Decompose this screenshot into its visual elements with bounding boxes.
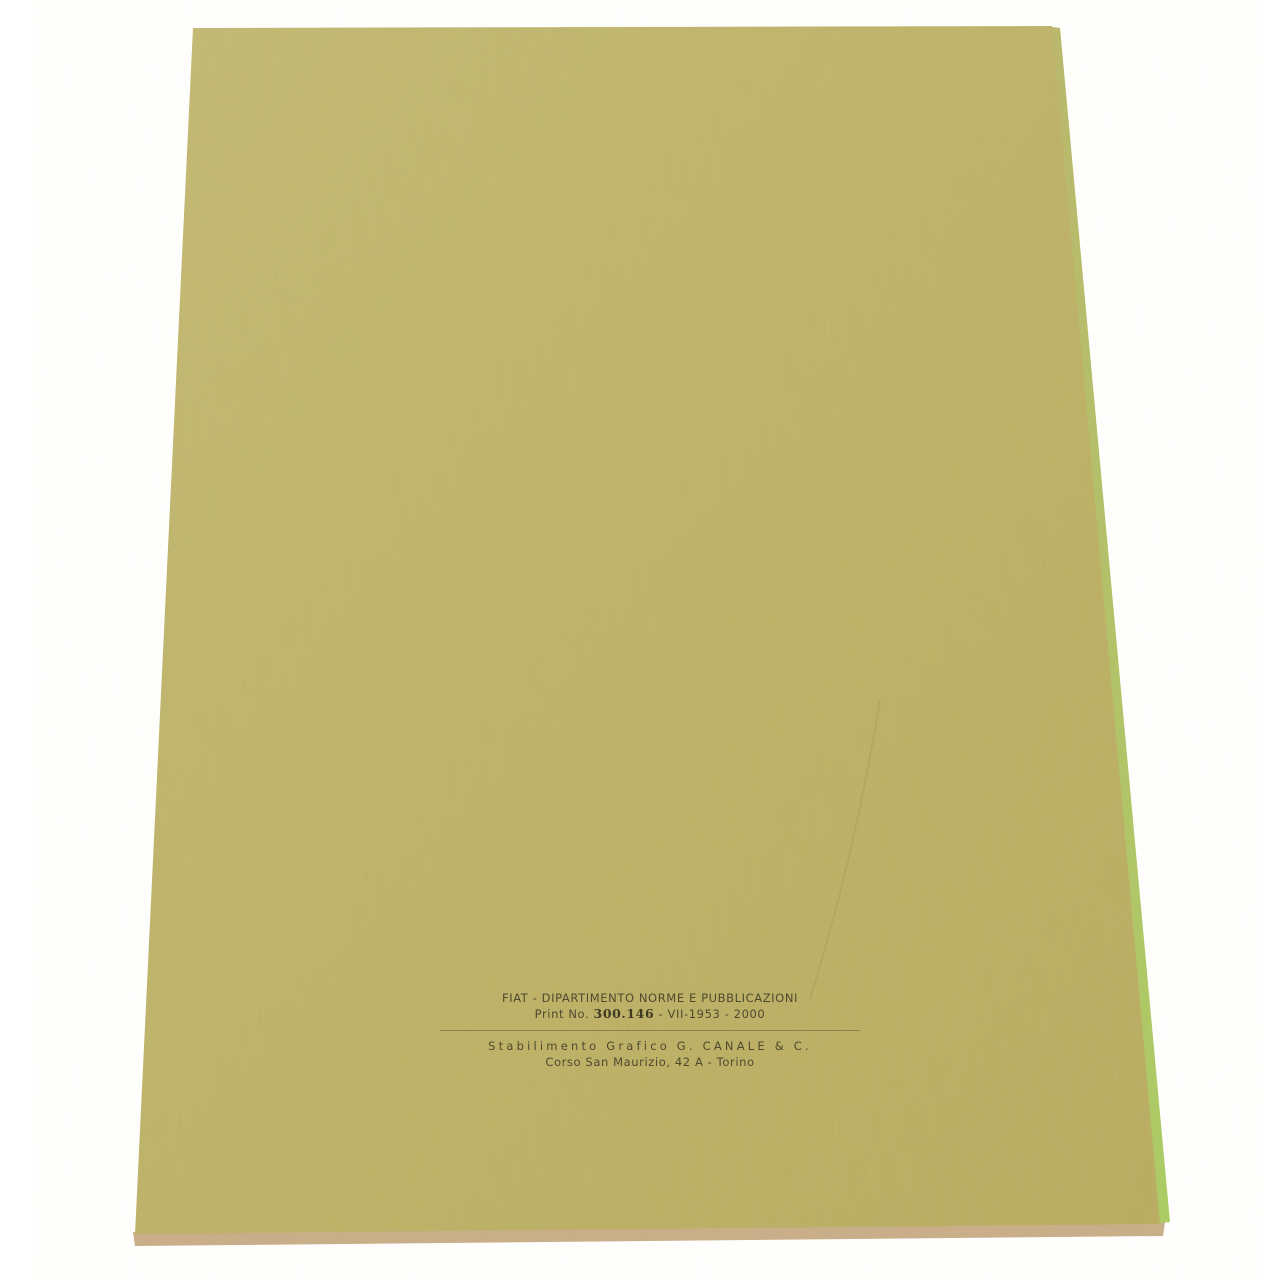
booklet-back-cover bbox=[0, 0, 1280, 1280]
print-label: Print No. bbox=[535, 1007, 590, 1021]
print-date: - VII-1953 - 2000 bbox=[659, 1007, 766, 1021]
printer-line: Stabilimento Grafico G. CANALE & C. bbox=[430, 1038, 870, 1054]
address-line: Corso San Maurizio, 42 A - Torino bbox=[430, 1054, 870, 1070]
publisher-line: FIAT - DIPARTIMENTO NORME E PUBBLICAZION… bbox=[430, 990, 870, 1006]
divider bbox=[440, 1030, 860, 1031]
imprint-block: FIAT - DIPARTIMENTO NORME E PUBBLICAZION… bbox=[430, 990, 870, 1070]
photo-scene: FIAT - DIPARTIMENTO NORME E PUBBLICAZION… bbox=[0, 0, 1280, 1280]
print-number-line: Print No. 300.146 - VII-1953 - 2000 bbox=[430, 1006, 870, 1022]
print-number: 300.146 bbox=[594, 1006, 655, 1021]
